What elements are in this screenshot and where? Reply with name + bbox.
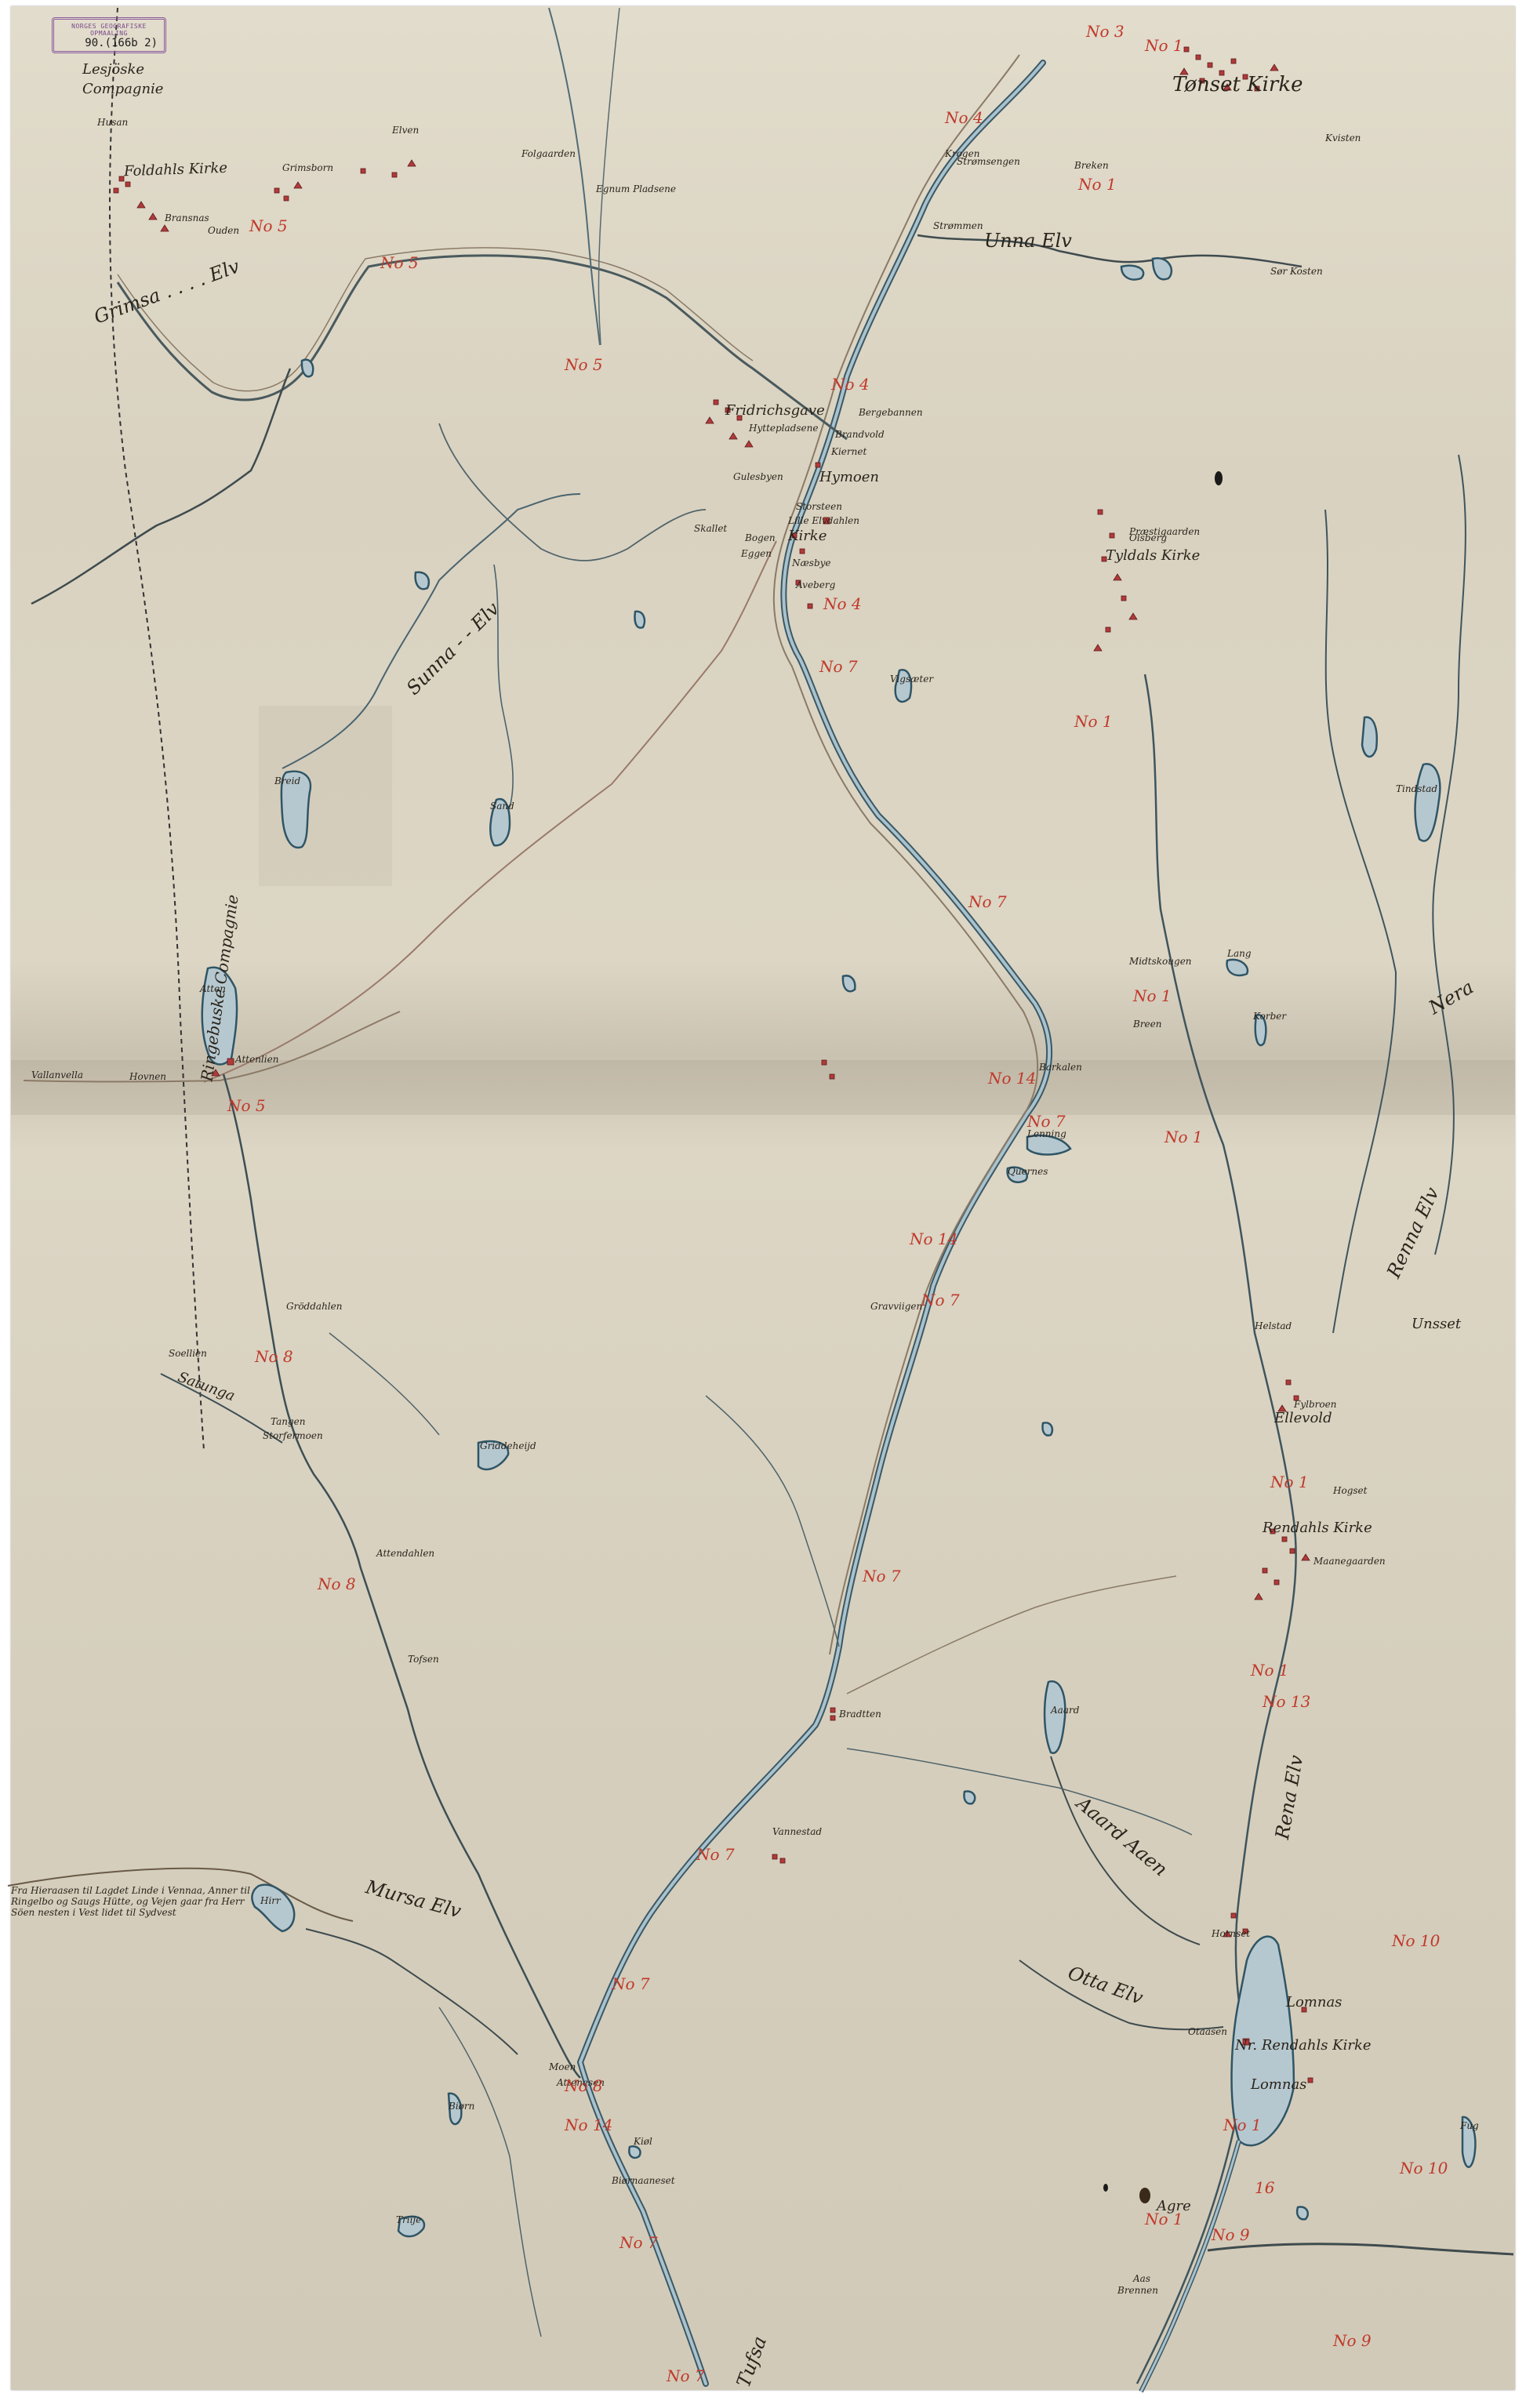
place-kirke: Kirke <box>788 529 827 543</box>
road-number: No 1 <box>1145 2211 1183 2227</box>
corner-label-1: Lesjöske <box>82 63 144 77</box>
lake-tindstad-soen <box>1415 764 1441 841</box>
lake-fiskelos <box>843 975 855 991</box>
place-nr-rendahls-kirke: Nr. Rendahls Kirke <box>1235 2039 1372 2053</box>
place-aveberg: Aveberg <box>796 580 835 590</box>
place-strommen: Strømmen <box>933 221 983 231</box>
road-number: No 4 <box>945 110 983 125</box>
road-number: No 5 <box>565 357 603 372</box>
lake-fug-label: Fug <box>1460 2121 1479 2130</box>
place-aas: Aas <box>1133 2274 1150 2283</box>
road-number: No 8 <box>318 1576 356 1592</box>
lake-kiol <box>416 572 429 590</box>
place-brandvold: Brandvold <box>835 430 885 439</box>
road-number: No 14 <box>565 2117 612 2133</box>
place-hornset: Hornset <box>1212 1929 1250 1938</box>
lake-misc-2 <box>964 1791 975 1803</box>
place-foldahls-kirke: Foldahls Kirke <box>124 162 228 180</box>
place-biornaaneset: Biørnaaneset <box>612 2176 675 2185</box>
lake-unna-1 <box>1121 266 1143 280</box>
lake-misc-3 <box>1297 2206 1308 2219</box>
lake-hirr-soen <box>252 1885 294 1931</box>
place-prestgaarden: Præstigaarden <box>1129 527 1200 536</box>
road-number: No 10 <box>1392 1933 1440 1949</box>
road-number: No 5 <box>249 218 288 234</box>
road-number: No 8 <box>255 1349 293 1364</box>
road-number: No 1 <box>1270 1474 1309 1490</box>
lake-lang-label: Lang <box>1227 949 1252 958</box>
road-number: No 9 <box>1212 2227 1250 2243</box>
lake-unna-2 <box>1153 258 1172 279</box>
place-tofsen: Tofsen <box>408 1654 439 1664</box>
road-number: No 1 <box>1133 988 1172 1004</box>
road-number: No 5 <box>380 255 419 271</box>
lake-vigsaeter-label: Vigsæter <box>890 674 933 684</box>
road-number: No 7 <box>612 1976 650 1992</box>
lake-grimsborn <box>302 360 313 377</box>
lake-kiol-label: Kiøl <box>634 2137 652 2146</box>
road-number: No 7 <box>619 2235 658 2250</box>
place-midtskougen: Midtskougen <box>1129 957 1192 966</box>
place-hovnen: Hovnen <box>129 1072 166 1081</box>
place-fridrichsgave: Fridrichsgave <box>725 404 825 418</box>
lake-triije-label: Triije <box>396 2215 421 2225</box>
place-tonset-kirke: Tønset Kirke <box>1172 74 1303 95</box>
stamp-line: NORGES GEOGRAFISKE OPMAALING <box>54 23 164 37</box>
map-note: Fra Hieraasen til Lagdet Linde i Vennaa,… <box>11 1885 254 1918</box>
place-lille-elvdahlen: Lille Elvdahlen <box>788 516 859 525</box>
lakes <box>202 258 1475 2236</box>
place-eggen: Eggen <box>741 549 772 558</box>
road-glomma <box>774 55 1037 1654</box>
place-skallet: Skallet <box>694 524 727 533</box>
place-rendahls-kirke: Rendahls Kirke <box>1263 1521 1372 1535</box>
road-number: No 13 <box>1263 1694 1310 1709</box>
road-number: No 1 <box>1074 714 1113 729</box>
place-hogset: Hogset <box>1333 1486 1367 1495</box>
road-number: No 9 <box>1333 2333 1372 2348</box>
place-elven: Elven <box>392 125 419 135</box>
road-number: No 1 <box>1164 1129 1203 1145</box>
place-attenlien: Attenlien <box>235 1055 278 1064</box>
road-number: No 1 <box>1078 176 1117 192</box>
place-moen: Moen <box>549 2062 576 2072</box>
lake-hoimyhr <box>634 612 644 628</box>
river-mister <box>1208 2244 1513 2254</box>
road-number: No 4 <box>831 376 870 392</box>
place-vannestad: Vannestad <box>772 1827 822 1836</box>
place-egnum: Egnum Pladsene <box>596 184 676 194</box>
place-bogen: Bogen <box>745 533 776 543</box>
river-unna <box>917 235 1302 267</box>
road-number: No 1 <box>1251 1662 1289 1678</box>
road-number: No 7 <box>1027 1113 1066 1129</box>
lake-breid-label: Breid <box>274 776 300 786</box>
road-number: No 7 <box>667 2368 705 2384</box>
lake-east-oval <box>1362 717 1377 757</box>
lake-korber-label: Korber <box>1253 1012 1286 1021</box>
place-kvisten: Kvisten <box>1325 133 1361 143</box>
place-lomnas: Lomnas <box>1286 1996 1342 2010</box>
place-folgaarden: Folgaarden <box>521 149 576 158</box>
road-number: No 1 <box>1223 2117 1262 2133</box>
place-hymoen: Hymoen <box>819 470 879 485</box>
place-tangen: Tangen <box>271 1417 305 1426</box>
place-grimsborn: Grimsborn <box>282 163 333 173</box>
place-helstad: Helstad <box>1255 1321 1292 1331</box>
place-bransnas: Bransnas <box>165 213 209 223</box>
settlement-markers <box>114 47 1313 2083</box>
road-number: No 7 <box>863 1568 901 1584</box>
place-vallanvella: Vallanvella <box>31 1070 83 1080</box>
place-unsset: Unsset <box>1412 1317 1461 1331</box>
place-soellien: Soellien <box>169 1349 207 1358</box>
road-number: No 7 <box>696 1847 735 1862</box>
lake-hirr-label: Hirr <box>260 1896 281 1905</box>
lake-sand-label: Sand <box>490 801 514 811</box>
place-breen: Breen <box>1133 1019 1162 1029</box>
road-number: No 7 <box>921 1292 960 1308</box>
lake-misc-1 <box>1042 1422 1052 1435</box>
lake-atten-label: Atten <box>200 984 226 993</box>
road-number: No 14 <box>910 1231 957 1247</box>
lake-kiol-soen <box>629 2146 640 2158</box>
place-gravviigen: Gravviigen <box>870 1302 922 1311</box>
place-husan: Husan <box>97 118 128 127</box>
road-number: No 3 <box>1086 24 1125 39</box>
place-sor-kosten: Sør Kosten <box>1270 267 1323 276</box>
place-groddahlen: Gröddahlen <box>286 1302 342 1311</box>
place-brennen: Brennen <box>1117 2286 1158 2295</box>
place-ellevold: Ellevold <box>1274 1411 1332 1426</box>
place-storsteen: Storsteen <box>796 502 842 511</box>
place-hyttepladsene: Hyttepladsene <box>749 423 818 433</box>
lake-quernes-label: Quernes <box>1008 1167 1048 1176</box>
stamp-catalog: 90.(166b 2) <box>54 37 164 49</box>
road-number: No 8 <box>565 2078 603 2094</box>
road-number: No 1 <box>1145 38 1183 53</box>
corner-label-2: Compagnie <box>82 82 163 96</box>
lake-aaard-soen <box>1045 1681 1065 1753</box>
road-number: No 7 <box>819 659 858 674</box>
place-maanegaarden: Maanegaarden <box>1313 1556 1386 1566</box>
road-number: No 4 <box>823 596 862 612</box>
district-boundary <box>110 8 204 1451</box>
place-otaasen: Otaasen <box>1188 2027 1227 2036</box>
place-fylbroen: Fylbroen <box>1294 1400 1336 1409</box>
place-bradtten: Bradtten <box>839 1709 881 1719</box>
archive-stamp: NORGES GEOGRAFISKE OPMAALING 90.(166b 2) <box>52 17 166 53</box>
lake-lomnas-label: Lomnas <box>1251 2078 1306 2092</box>
place-krogen: Krogen <box>945 149 979 158</box>
place-ouden: Ouden <box>208 226 239 235</box>
road-number: No 5 <box>227 1098 266 1113</box>
river-grimsa <box>31 369 290 604</box>
lake-lang-tiern <box>1227 960 1248 975</box>
road-number: 16 <box>1255 2180 1274 2196</box>
place-kiernet: Kiernet <box>831 447 867 456</box>
river-label-unna: Unna Elv <box>984 231 1072 250</box>
place-bergebannen: Bergebannen <box>859 408 923 417</box>
road-number: No 7 <box>968 894 1007 910</box>
place-nasbye: Næsbye <box>792 558 831 568</box>
lake-aaard-label: Aaard <box>1051 1705 1079 1715</box>
place-attendahlen: Attendahlen <box>376 1549 434 1558</box>
place-gulesbyen: Gulesbyen <box>733 472 783 481</box>
river-sunna <box>282 494 580 768</box>
place-storfermoen: Storfermoen <box>263 1431 323 1440</box>
road-number: No 10 <box>1400 2160 1448 2176</box>
place-barkalen: Barkalen <box>1039 1062 1082 1072</box>
lake-tindstad-label: Tindstad <box>1396 784 1437 794</box>
lake-griddeheijd-label: Griddeheijd <box>480 1441 536 1451</box>
place-tyldals-kirke: Tyldals Kirke <box>1106 549 1200 563</box>
place-breken: Breken <box>1074 161 1109 170</box>
lake-biorn-label: Biørn <box>449 2101 474 2111</box>
road-number: No 14 <box>988 1070 1036 1086</box>
